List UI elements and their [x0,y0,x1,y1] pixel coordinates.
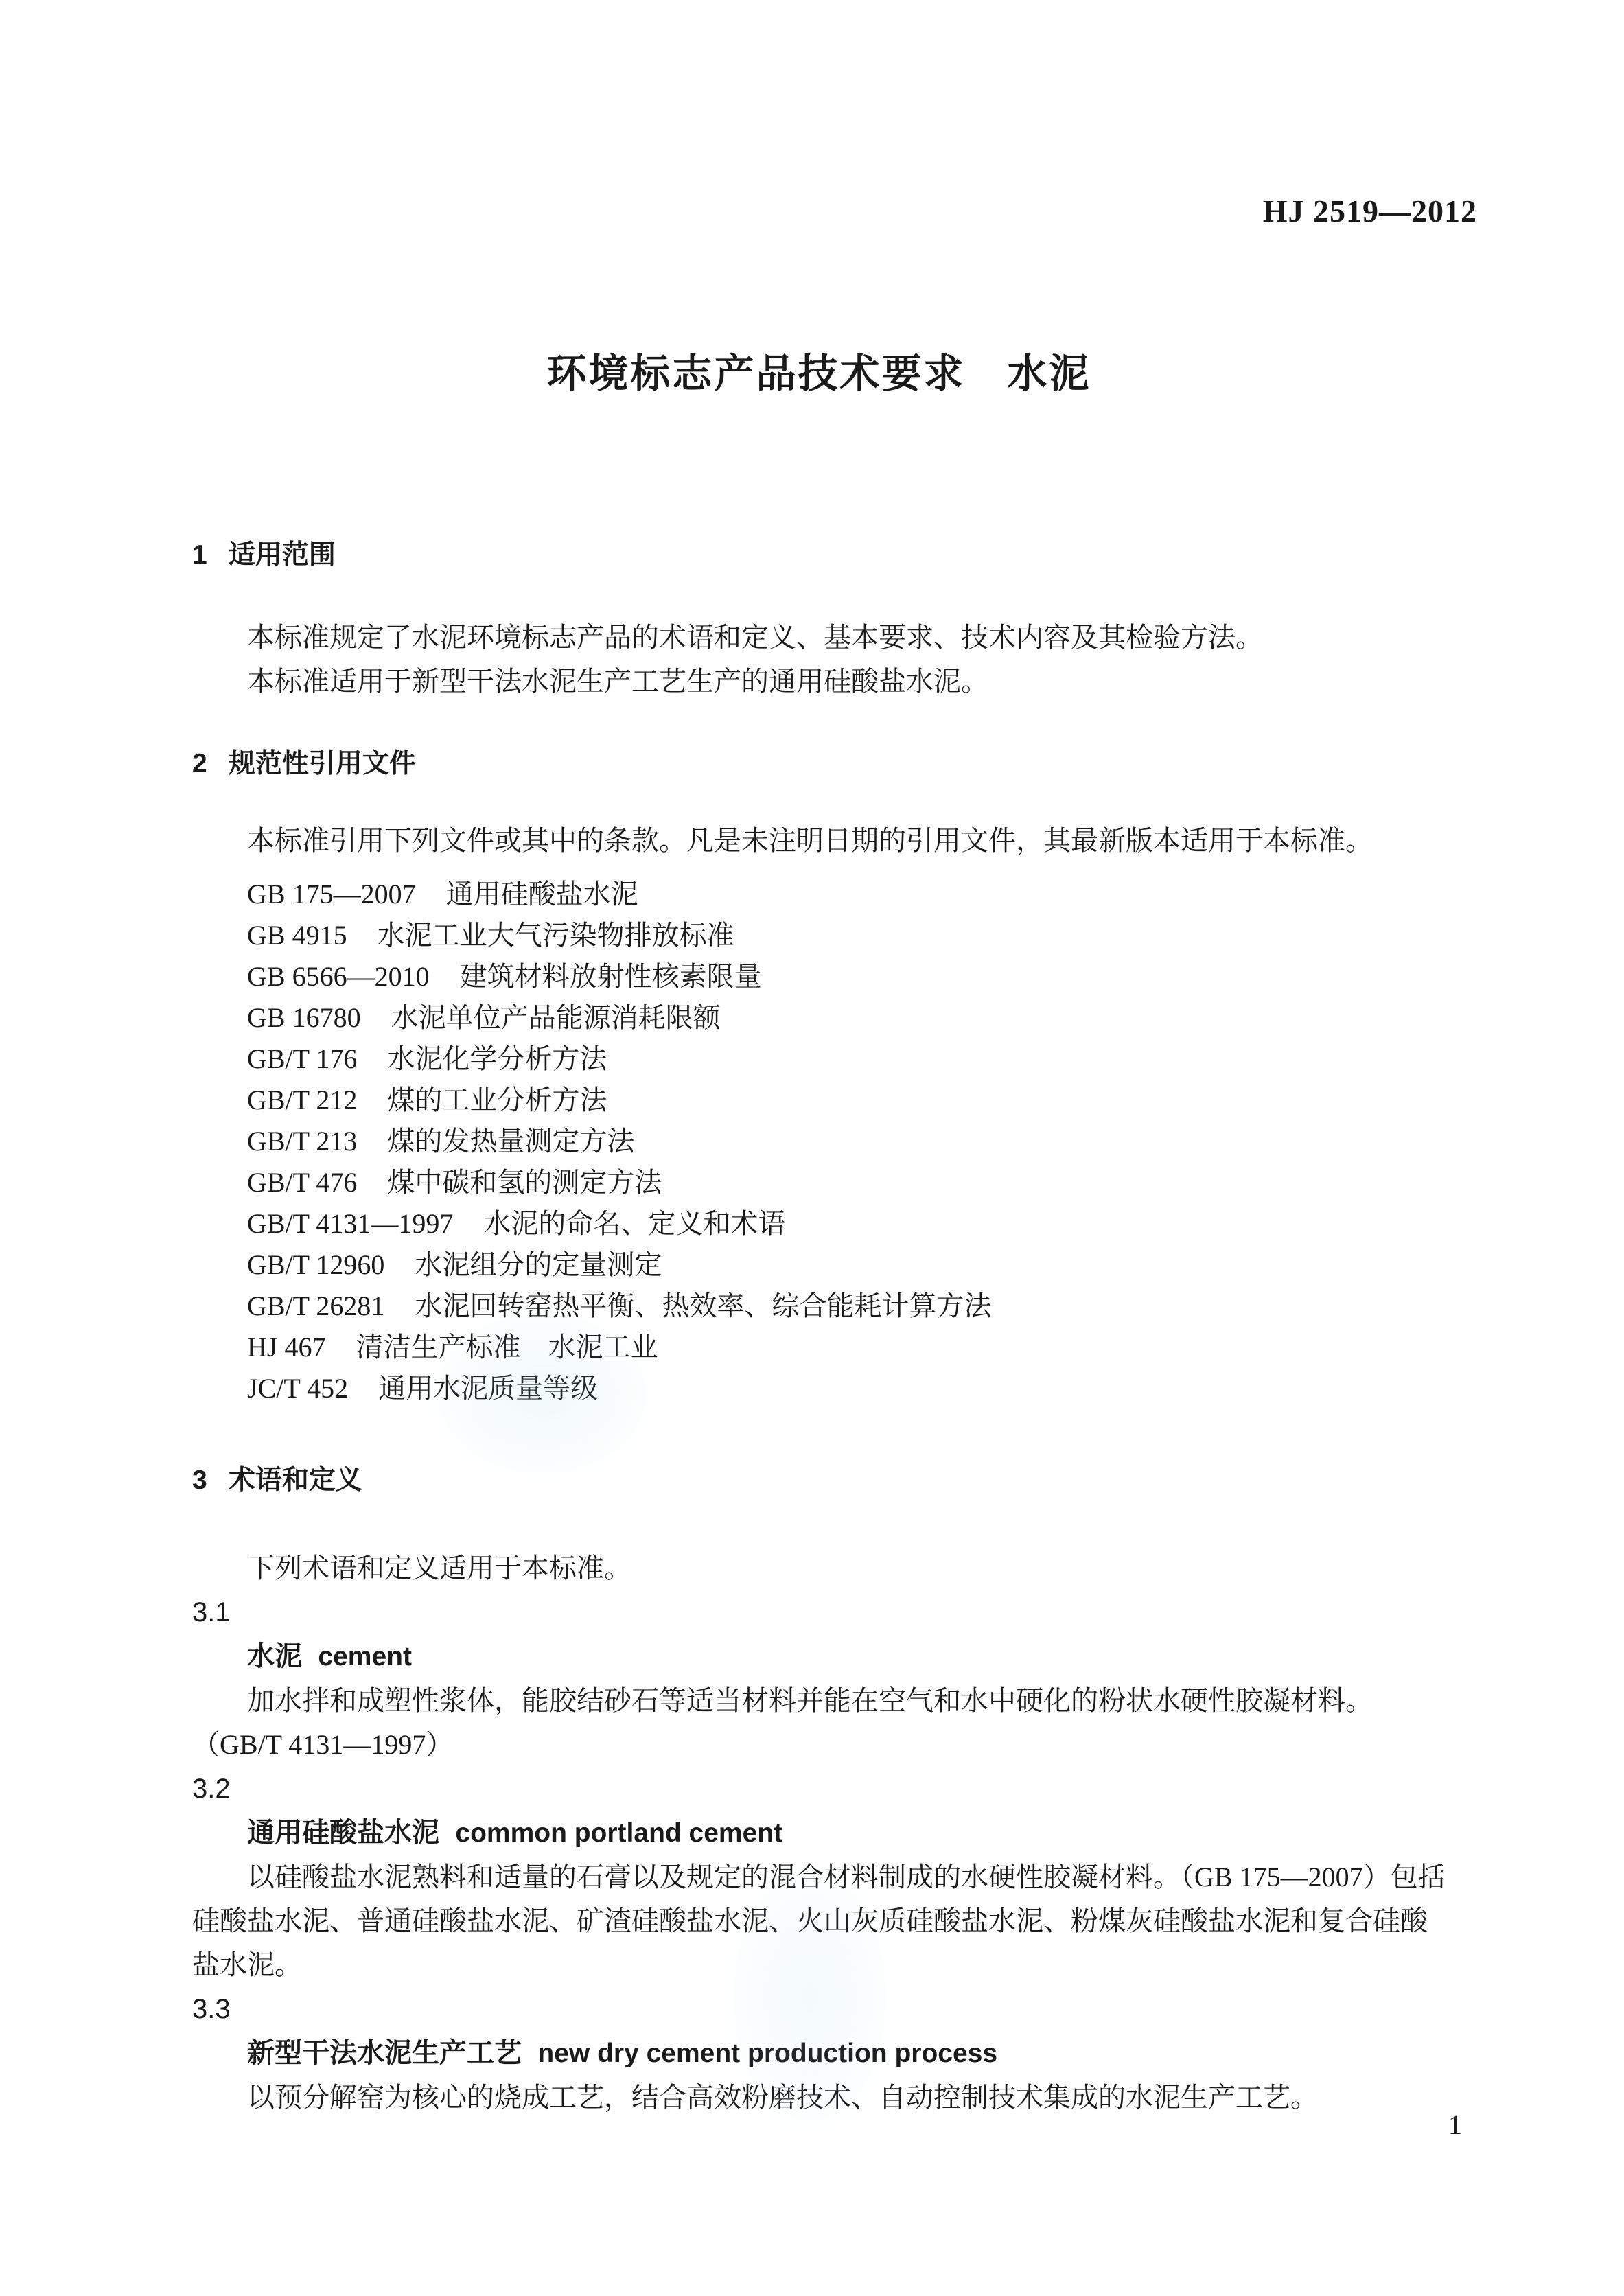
reference-code: GB/T 212 [247,1085,357,1115]
reference-item: GB 16780水泥单位产品能源消耗限额 [247,997,1446,1039]
section-normative-references: 2规范性引用文件 本标准引用下列文件或其中的条款。凡是未注明日期的引用文件，其最… [192,747,1446,1409]
reference-title: 水泥单位产品能源消耗限额 [391,1002,721,1033]
term-name-zh: 通用硅酸盐水泥 [247,1818,439,1848]
standard-number: HJ 2519—2012 [1263,193,1477,229]
reference-item: HJ 467清洁生产标准 水泥工业 [247,1327,1446,1368]
reference-item: JC/T 452通用水泥质量等级 [247,1368,1446,1409]
term-definition: 以硅酸盐水泥熟料和适量的石膏以及规定的混合材料制成的水硬性胶凝材料。（GB 17… [192,1855,1446,1987]
reference-title: 通用水泥质量等级 [378,1373,598,1404]
term-definition: 加水拌和成塑性浆体，能胶结砂石等适当材料并能在空气和水中硬化的粉状水硬性胶凝材料… [192,1679,1446,1767]
term-number: 3.1 [192,1590,1446,1634]
section-2-title: 规范性引用文件 [229,747,416,780]
term-name-en: new dry cement production process [537,2039,997,2068]
reference-code: GB/T 476 [247,1167,357,1198]
reference-code: GB/T 176 [247,1043,357,1074]
reference-item: GB/T 213煤的发热量测定方法 [247,1121,1446,1162]
section-3-number: 3 [192,1464,207,1497]
term-3-2: 3.2 通用硅酸盐水泥common portland cement 以硅酸盐水泥… [192,1767,1446,1987]
terms-intro: 下列术语和定义适用于本标准。 [192,1546,1446,1590]
section-terms-and-definitions: 3术语和定义 下列术语和定义适用于本标准。 3.1 水泥cement 加水拌和成… [192,1464,1446,2120]
document-title: 环境标志产品技术要求 水泥 [192,352,1446,396]
reference-item: GB 6566—2010建筑材料放射性核素限量 [247,956,1446,997]
reference-code: GB/T 26281 [247,1290,384,1321]
page-number: 1 [1448,2109,1462,2141]
section-3-title: 术语和定义 [229,1464,362,1497]
reference-title: 煤的发热量测定方法 [387,1126,634,1157]
section-2-heading: 2规范性引用文件 [192,747,1446,780]
reference-code: GB/T 12960 [247,1249,384,1280]
section-3-heading: 3术语和定义 [192,1464,1446,1497]
reference-list: GB 175—2007通用硅酸盐水泥 GB 4915水泥工业大气污染物排放标准 … [192,874,1446,1409]
reference-item: GB/T 26281水泥回转窑热平衡、热效率、综合能耗计算方法 [247,1286,1446,1327]
term-name-en: cement [318,1642,412,1671]
reference-item: GB/T 212煤的工业分析方法 [247,1080,1446,1121]
document-page: HJ 2519—2012 环境标志产品技术要求 水泥 1适用范围 本标准规定了水… [0,0,1624,2296]
reference-title: 水泥回转窑热平衡、热效率、综合能耗计算方法 [415,1290,991,1321]
term-3-1: 3.1 水泥cement 加水拌和成塑性浆体，能胶结砂石等适当材料并能在空气和水… [192,1590,1446,1767]
reference-title: 建筑材料放射性核素限量 [460,961,762,992]
reference-title: 煤的工业分析方法 [387,1085,607,1115]
reference-code: GB 175—2007 [247,879,416,909]
reference-code: GB/T 4131—1997 [247,1208,453,1239]
reference-item: GB 175—2007通用硅酸盐水泥 [247,874,1446,915]
reference-code: HJ 467 [247,1332,325,1362]
reference-title: 水泥工业大气污染物排放标准 [378,920,734,951]
reference-title: 通用硅酸盐水泥 [446,879,638,909]
section-scope: 1适用范围 本标准规定了水泥环境标志产品的术语和定义、基本要求、技术内容及其检验… [192,539,1446,704]
reference-title: 清洁生产标准 水泥工业 [356,1332,658,1362]
reference-code: GB 16780 [247,1002,361,1033]
document-content: 环境标志产品技术要求 水泥 1适用范围 本标准规定了水泥环境标志产品的术语和定义… [0,352,1624,2120]
section-1-heading: 1适用范围 [192,539,1446,572]
term-number: 3.2 [192,1767,1446,1811]
term-heading: 新型干法水泥生产工艺new dry cement production proc… [192,2031,1446,2076]
reference-item: GB 4915水泥工业大气污染物排放标准 [247,915,1446,956]
reference-code: GB 4915 [247,920,347,951]
term-name-zh: 新型干法水泥生产工艺 [247,2038,522,2068]
reference-code: GB 6566—2010 [247,961,430,992]
term-name-zh: 水泥 [247,1641,302,1671]
term-heading: 水泥cement [192,1634,1446,1679]
section-2-number: 2 [192,747,207,780]
reference-title: 水泥的命名、定义和术语 [483,1208,785,1239]
section-1-number: 1 [192,539,207,572]
reference-item: GB/T 476煤中碳和氢的测定方法 [247,1162,1446,1203]
reference-code: JC/T 452 [247,1373,348,1404]
term-name-en: common portland cement [455,1818,782,1848]
reference-title: 水泥化学分析方法 [387,1043,607,1074]
reference-title: 煤中碳和氢的测定方法 [387,1167,662,1198]
reference-title: 水泥组分的定量测定 [415,1249,662,1280]
section-1-title: 适用范围 [229,539,336,572]
reference-item: GB/T 12960水泥组分的定量测定 [247,1244,1446,1286]
term-heading: 通用硅酸盐水泥common portland cement [192,1811,1446,1855]
references-intro: 本标准引用下列文件或其中的条款。凡是未注明日期的引用文件，其最新版本适用于本标准… [192,819,1446,863]
term-3-3: 3.3 新型干法水泥生产工艺new dry cement production … [192,1987,1446,2120]
scope-paragraph-2: 本标准适用于新型干法水泥生产工艺生产的通用硅酸盐水泥。 [192,660,1446,704]
reference-item: GB/T 176水泥化学分析方法 [247,1039,1446,1080]
term-definition: 以预分解窑为核心的烧成工艺，结合高效粉磨技术、自动控制技术集成的水泥生产工艺。 [192,2076,1446,2120]
scope-paragraph-1: 本标准规定了水泥环境标志产品的术语和定义、基本要求、技术内容及其检验方法。 [192,616,1446,660]
reference-code: GB/T 213 [247,1126,357,1157]
term-number: 3.3 [192,1987,1446,2031]
reference-item: GB/T 4131—1997水泥的命名、定义和术语 [247,1203,1446,1244]
